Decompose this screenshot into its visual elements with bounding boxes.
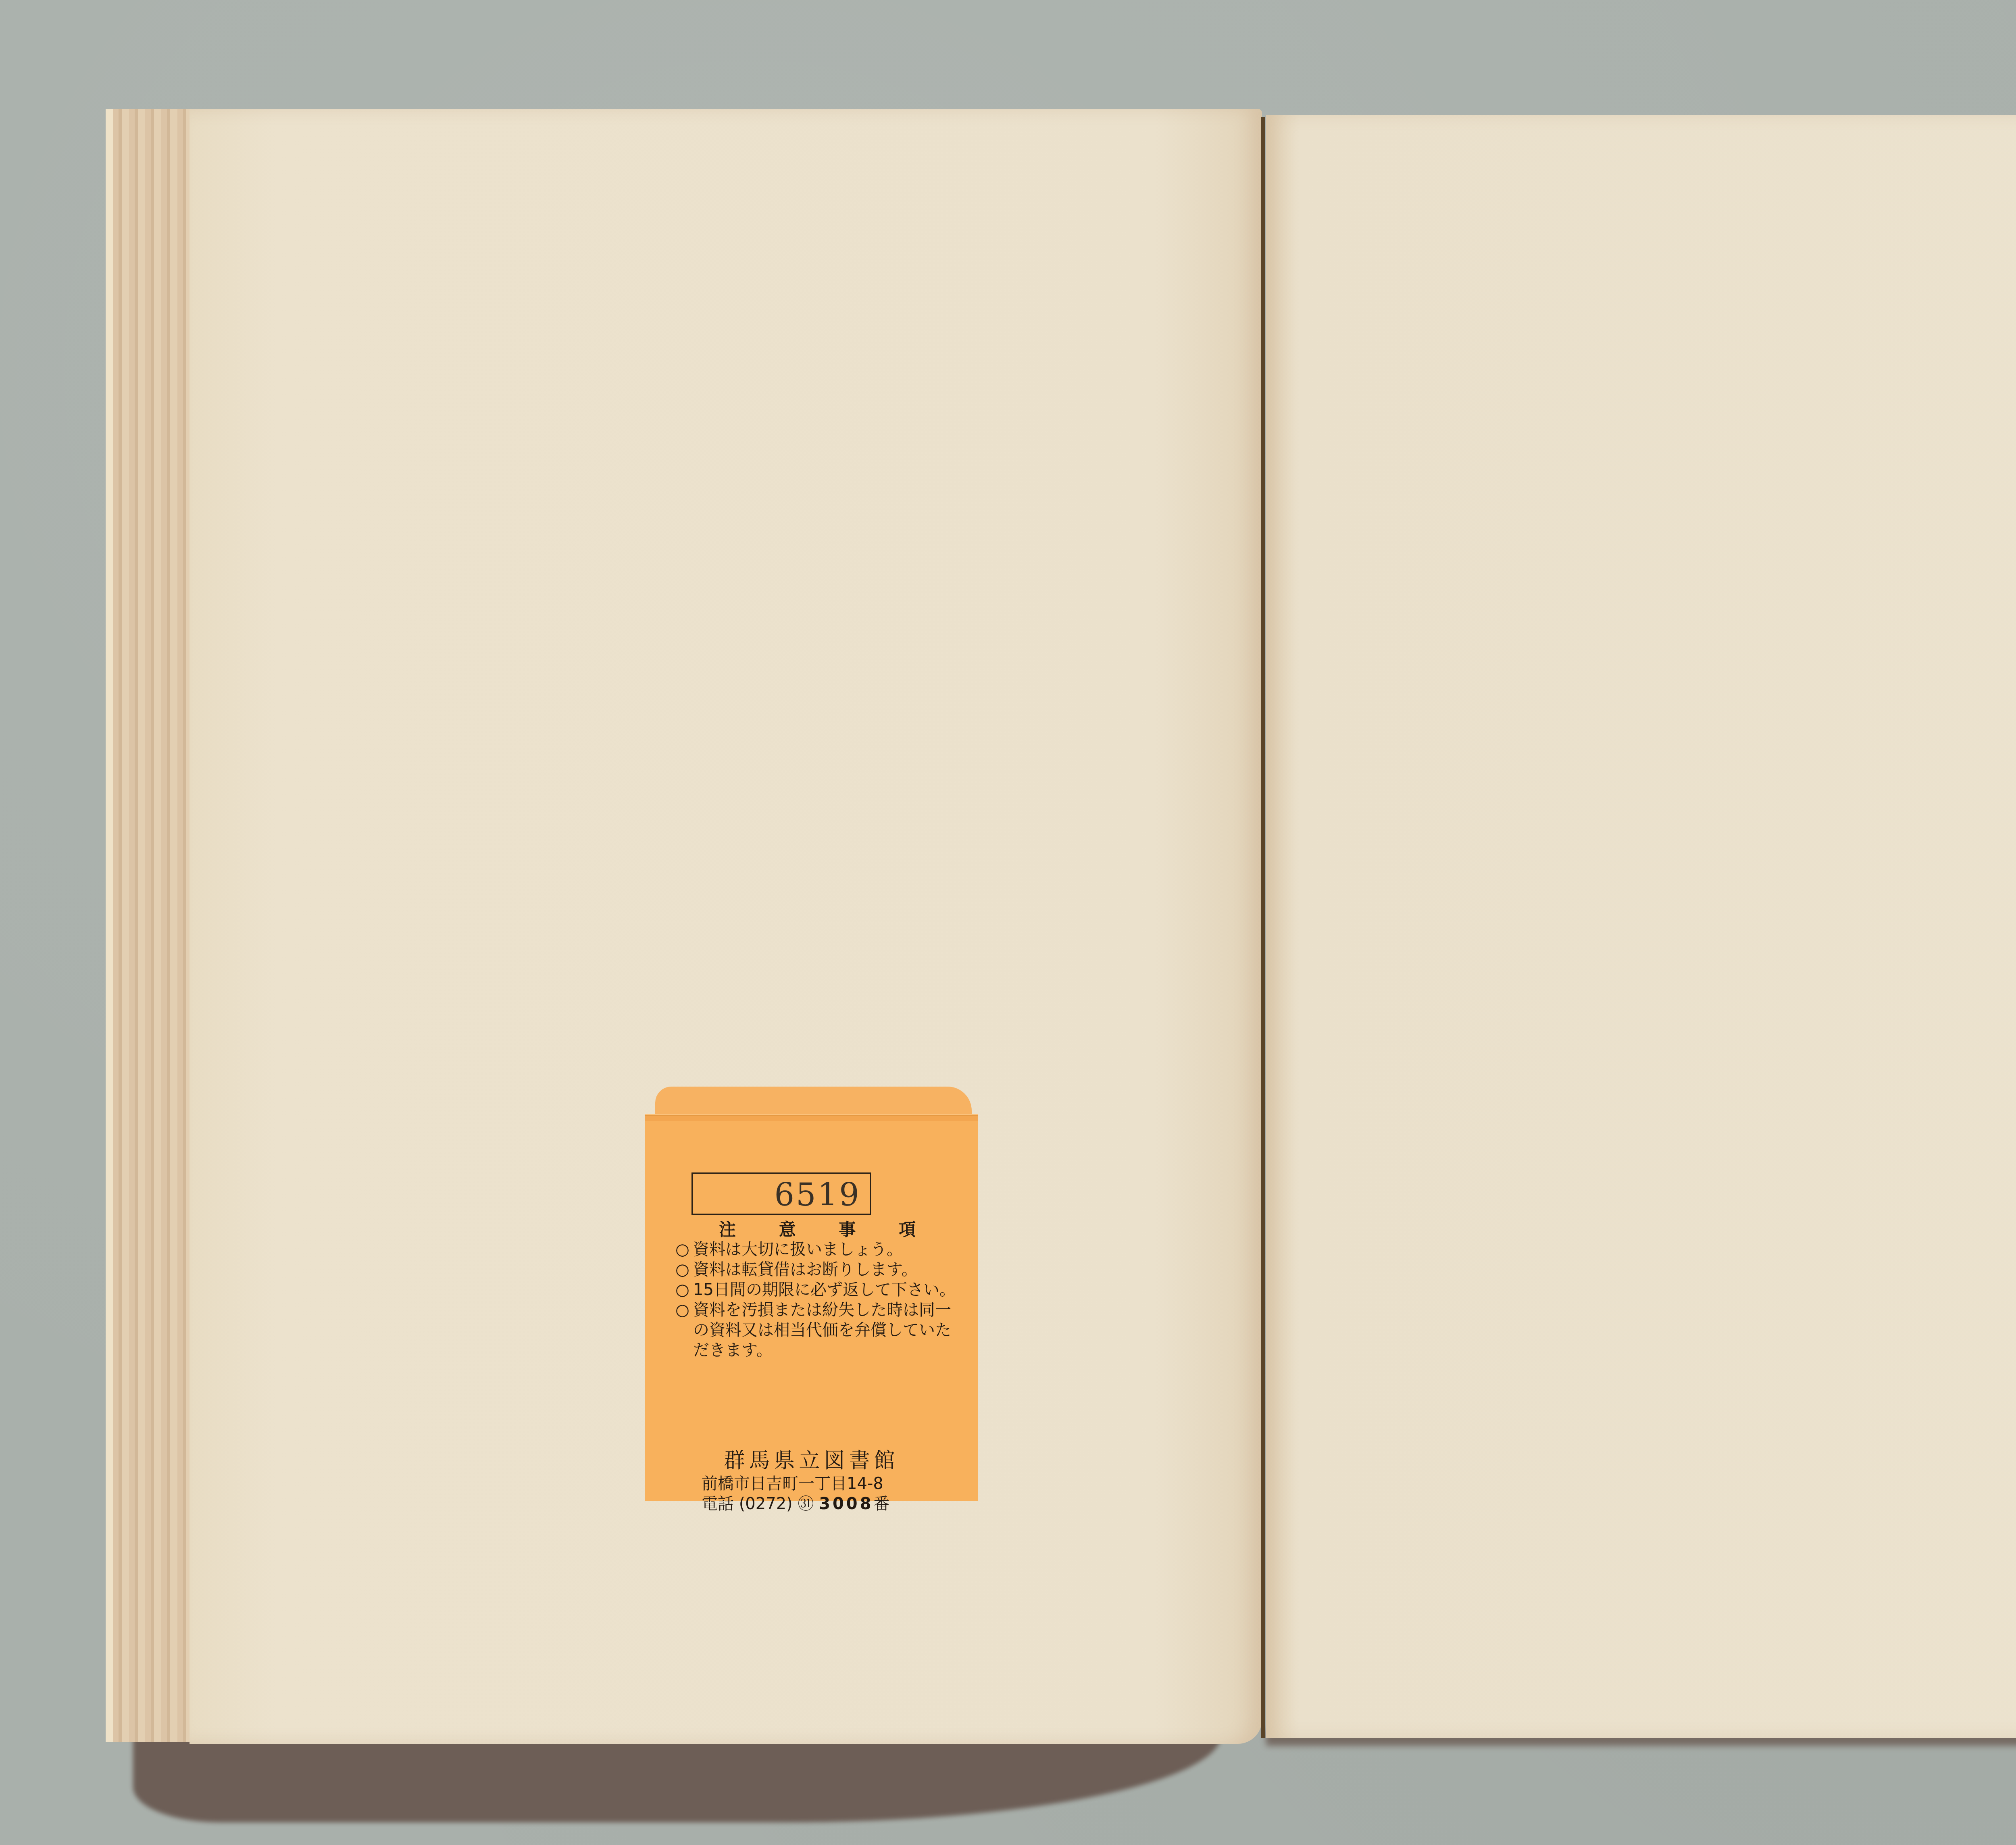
right-page bbox=[1266, 115, 2016, 1738]
pocket-front: 6519 注 意 事 項 ○資料は大切に扱いましょう。 ○資料は転貸借はお断りし… bbox=[645, 1115, 978, 1501]
notice-section: 注 意 事 項 ○資料は大切に扱いましょう。 ○資料は転貸借はお断りします。 ○… bbox=[675, 1220, 966, 1360]
circle-bullet-icon: ○ bbox=[675, 1239, 693, 1260]
notice-item: ○資料は大切に扱いましょう。 bbox=[675, 1239, 966, 1260]
library-card-pocket: 6519 注 意 事 項 ○資料は大切に扱いましょう。 ○資料は転貸借はお断りし… bbox=[645, 1087, 978, 1500]
call-number-box: 6519 bbox=[691, 1172, 871, 1215]
page-block-edge bbox=[106, 109, 190, 1742]
call-number: 6519 bbox=[774, 1177, 861, 1213]
circle-bullet-icon: ○ bbox=[675, 1260, 693, 1280]
notice-item: ○資料は転貸借はお断りします。 bbox=[675, 1260, 966, 1280]
circle-bullet-icon: ○ bbox=[675, 1280, 693, 1300]
library-name: 群馬県立図書館 bbox=[645, 1443, 978, 1474]
book-gutter bbox=[1261, 117, 1265, 1738]
library-address: 前橋市日吉町一丁目14-8 bbox=[702, 1471, 960, 1494]
library-telephone: 電話 (0272) ㉛ 3008番 bbox=[702, 1491, 960, 1514]
pocket-opening bbox=[645, 1116, 978, 1121]
notice-item: ○資料を汚損または紛失した時は同一の資料又は相当代価を弁償していただきます。 bbox=[675, 1300, 966, 1360]
notice-item: ○15日間の期限に必ず返して下さい。 bbox=[675, 1280, 966, 1300]
circle-bullet-icon: ○ bbox=[675, 1300, 693, 1320]
notice-title: 注 意 事 項 bbox=[687, 1220, 966, 1239]
